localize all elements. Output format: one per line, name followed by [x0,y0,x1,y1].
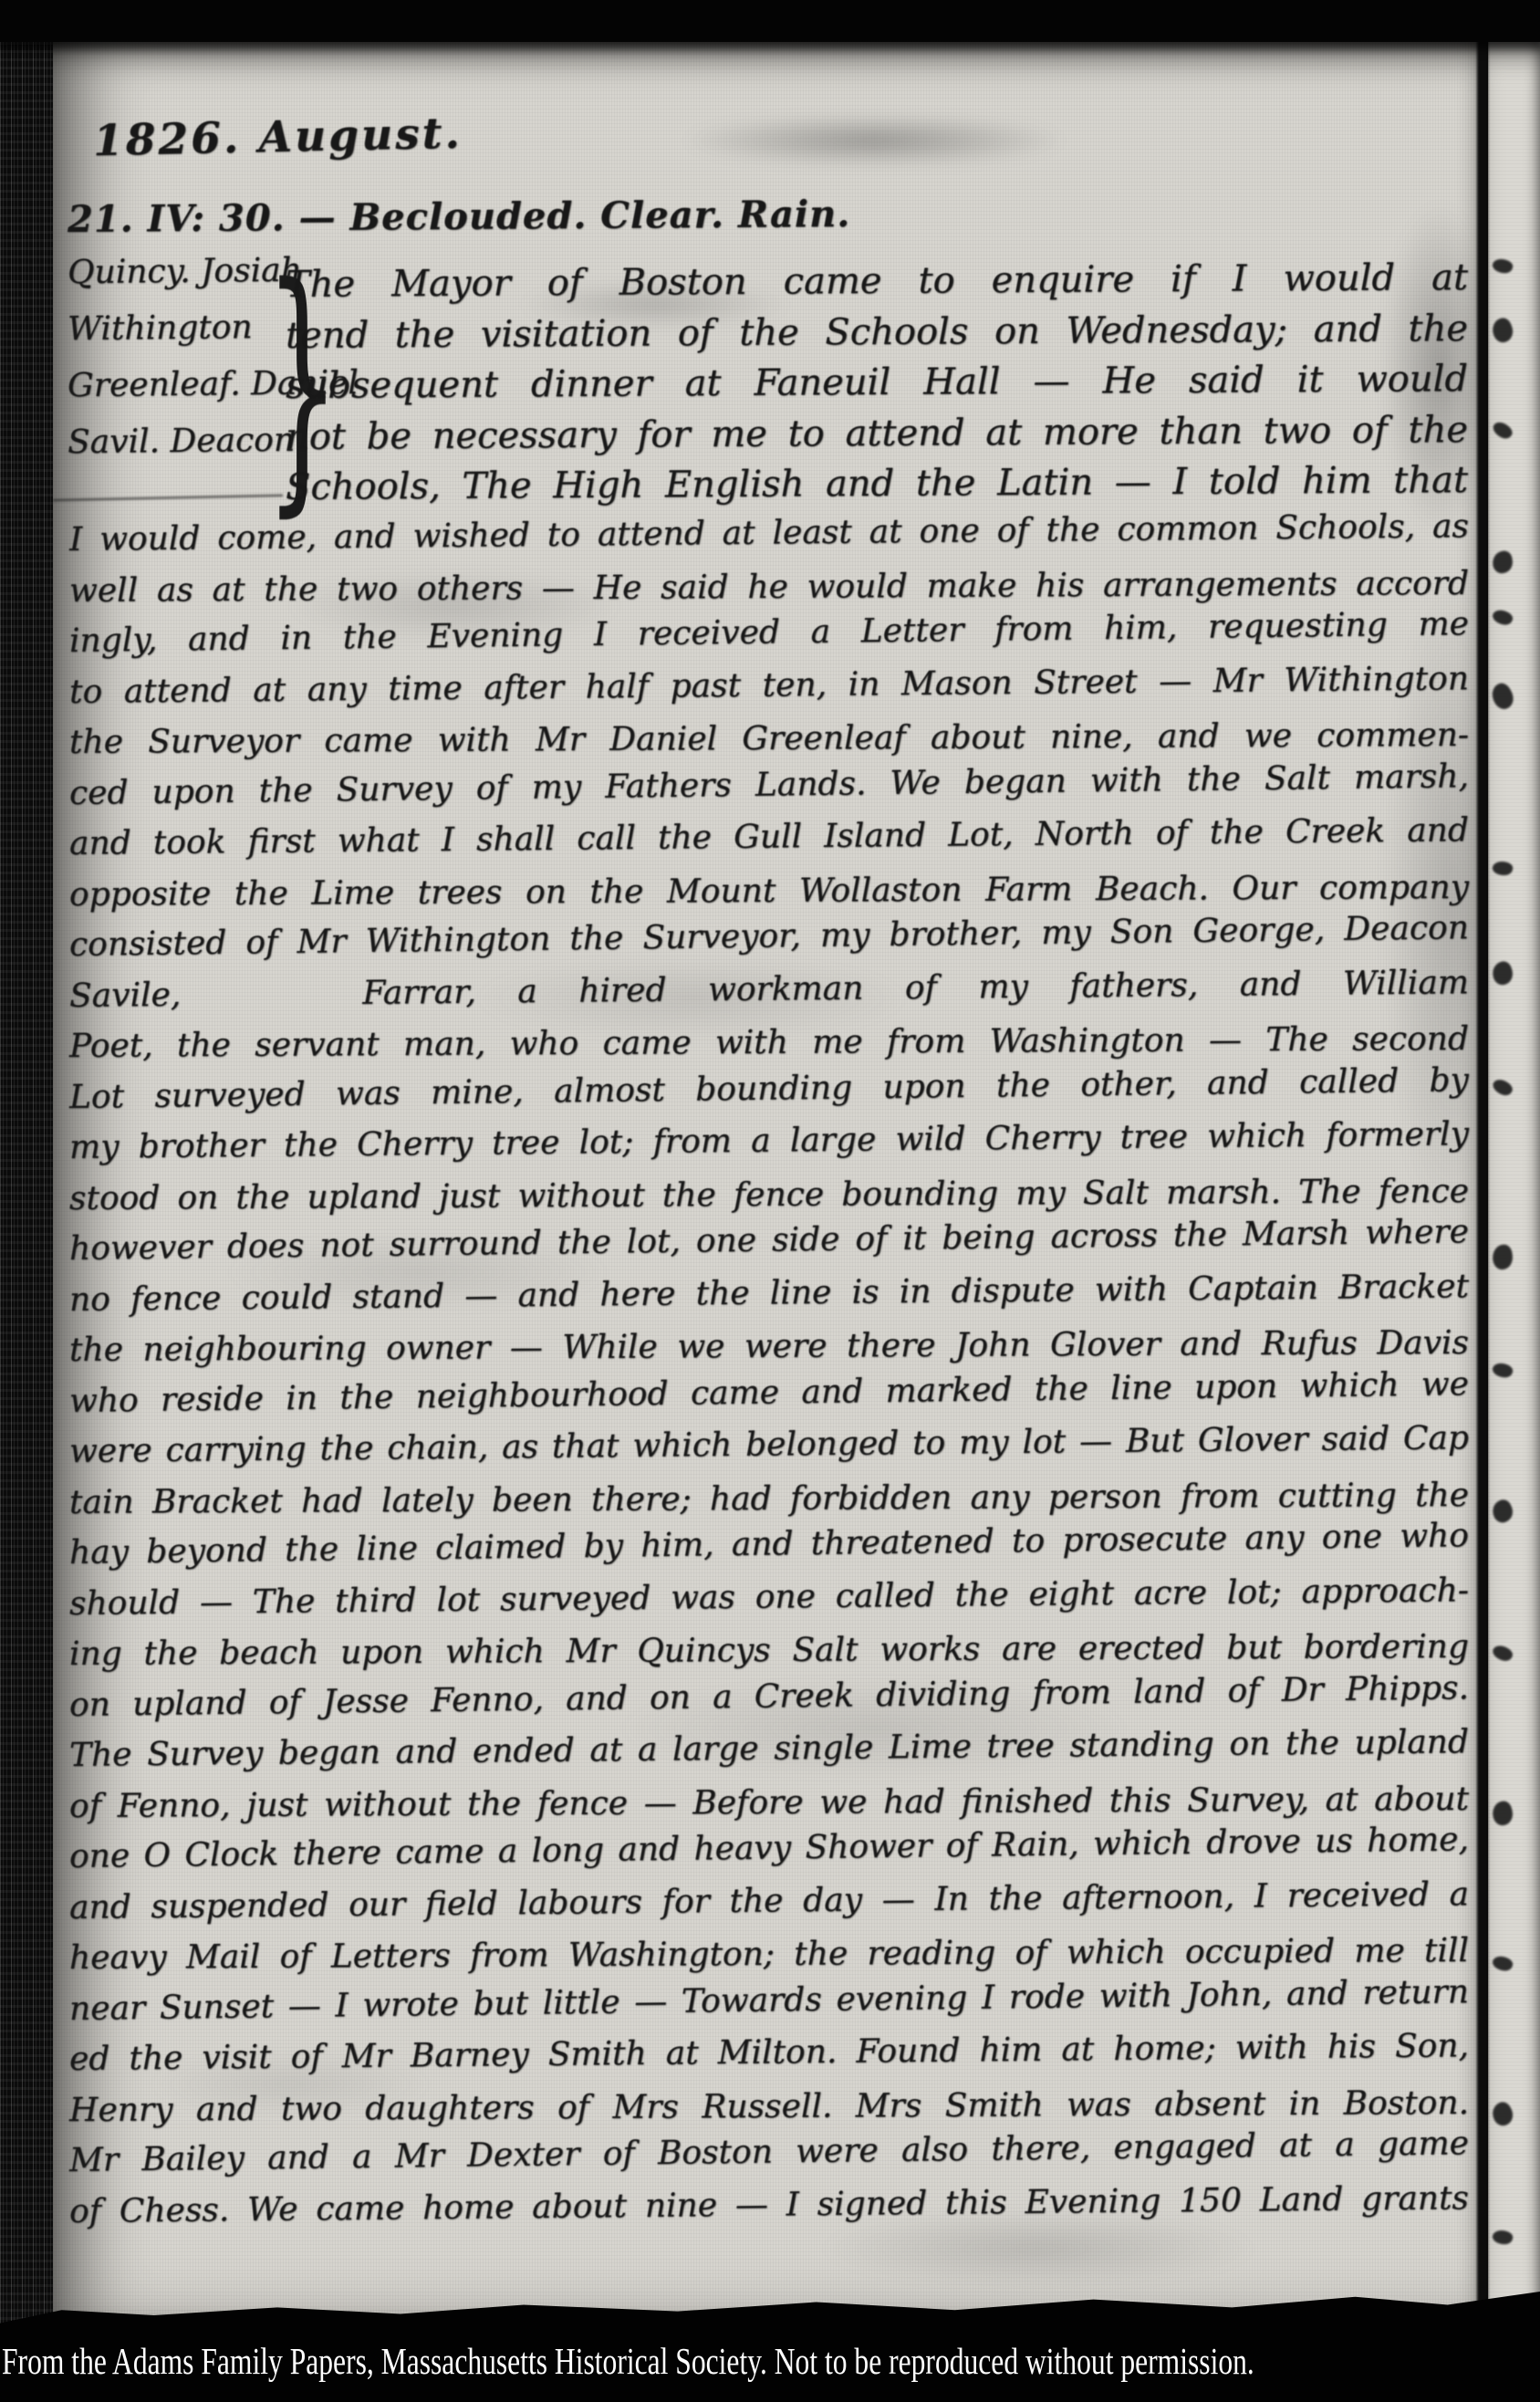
ink-fragment [1491,2228,1514,2246]
year-month-heading: 1826. August. [92,109,463,167]
ink-fragment [1489,316,1516,345]
margin-name: Quincy. Josiah [68,243,297,302]
hanging-line: The Mayor of Boston came to enquire if I… [286,253,1468,310]
entry-body: I would come, and wished to attend at le… [69,515,1469,2237]
hanging-line: subsequent dinner at Faneuil Hall — He s… [286,354,1468,412]
ink-fragment [1488,2099,1516,2128]
facing-page-sliver [1488,40,1540,2318]
credit-line: From the Adams Family Papers, Massachuse… [2,2338,1254,2384]
dateline: 21. IV: 30. — Beclouded. Clear. Rain. [68,193,850,242]
ink-fragment [1491,1361,1514,1381]
ink-fragment [1491,1076,1515,1099]
manuscript-scan: 1826. August. 21. IV: 30. — Beclouded. C… [0,0,1540,2402]
hanging-line: not be necessary for me to attend at mor… [286,405,1468,463]
ink-fragment [1491,1244,1514,1271]
margin-name: Withington [68,299,297,359]
ink-fragment [1491,419,1514,443]
ink-fragment [1490,1800,1515,1828]
margin-name: Savil. Deacon [68,413,297,472]
book-spine [0,0,53,2402]
separator-stroke [53,494,283,501]
hanging-line: tend the visitation of the Schools on We… [286,304,1468,361]
page-edge-rule [1477,40,1488,2318]
ink-fragment [1491,1643,1515,1665]
ink-fragment [1491,549,1514,574]
ink-fragment [1491,256,1514,276]
margin-name-list: Quincy. Josiah Withington Greenleaf. Dan… [68,244,296,470]
ink-fragment [1491,607,1514,628]
top-shadow-band [0,0,1540,42]
ink-fragment [1491,1953,1514,1973]
hanging-paragraph: The Mayor of Boston came to enquire if I… [286,260,1468,514]
margin-name: Greenleaf. Daniel [68,356,297,415]
ink-fragment [1489,1497,1516,1525]
diary-page: 1826. August. 21. IV: 30. — Beclouded. C… [53,40,1480,2318]
ink-fragment [1487,680,1517,712]
ink-fragment [1490,959,1516,987]
ink-fragment [1492,860,1514,877]
